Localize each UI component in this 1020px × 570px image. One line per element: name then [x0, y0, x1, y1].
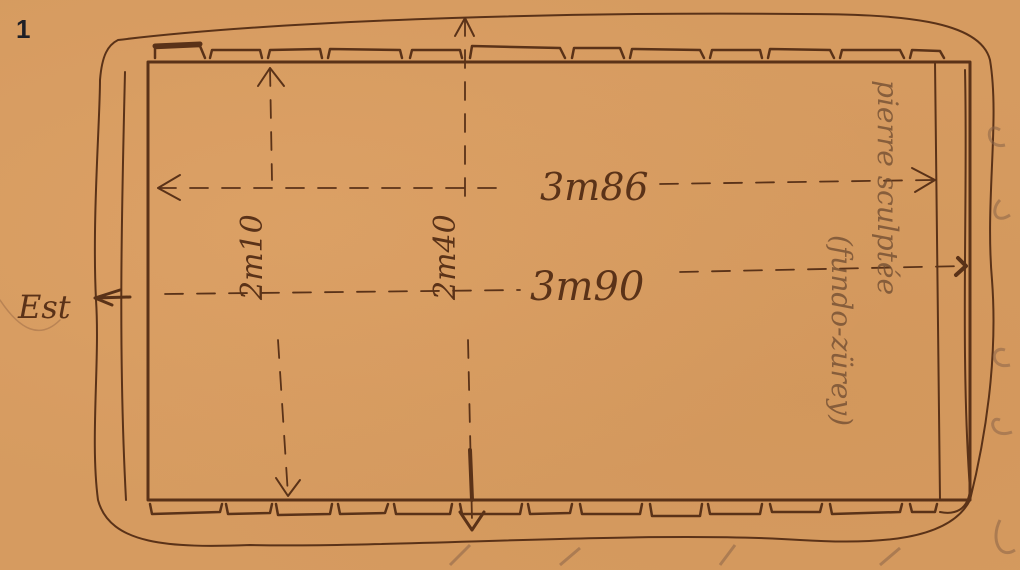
- arrow-down-icon: [276, 478, 300, 496]
- dimension-line-2m40: [465, 18, 472, 520]
- right-inner-line: [935, 62, 940, 500]
- center-bottom-stroke: [470, 450, 472, 500]
- plan-sketch: 3m86 3m90 2m10 2m40 Est pierre sculptée …: [0, 0, 1020, 570]
- east-arrow-icon: [95, 290, 130, 305]
- label-orientation-est: Est: [17, 288, 71, 326]
- label-height-center: 2m40: [428, 214, 463, 301]
- top-left-block-thick: [155, 44, 200, 46]
- bottom-stone-blocks: [150, 504, 937, 516]
- label-width-outer: 3m90: [530, 264, 644, 310]
- top-stone-blocks: [155, 46, 944, 58]
- label-right-note-2: (fundo-zürey): [825, 235, 858, 426]
- label-height-left: 2m10: [235, 214, 270, 301]
- label-pierre-sculptee: pierre sculptée: [871, 80, 904, 295]
- label-width-inner: 3m86: [540, 165, 649, 209]
- dimension-line-2m10: [270, 68, 288, 495]
